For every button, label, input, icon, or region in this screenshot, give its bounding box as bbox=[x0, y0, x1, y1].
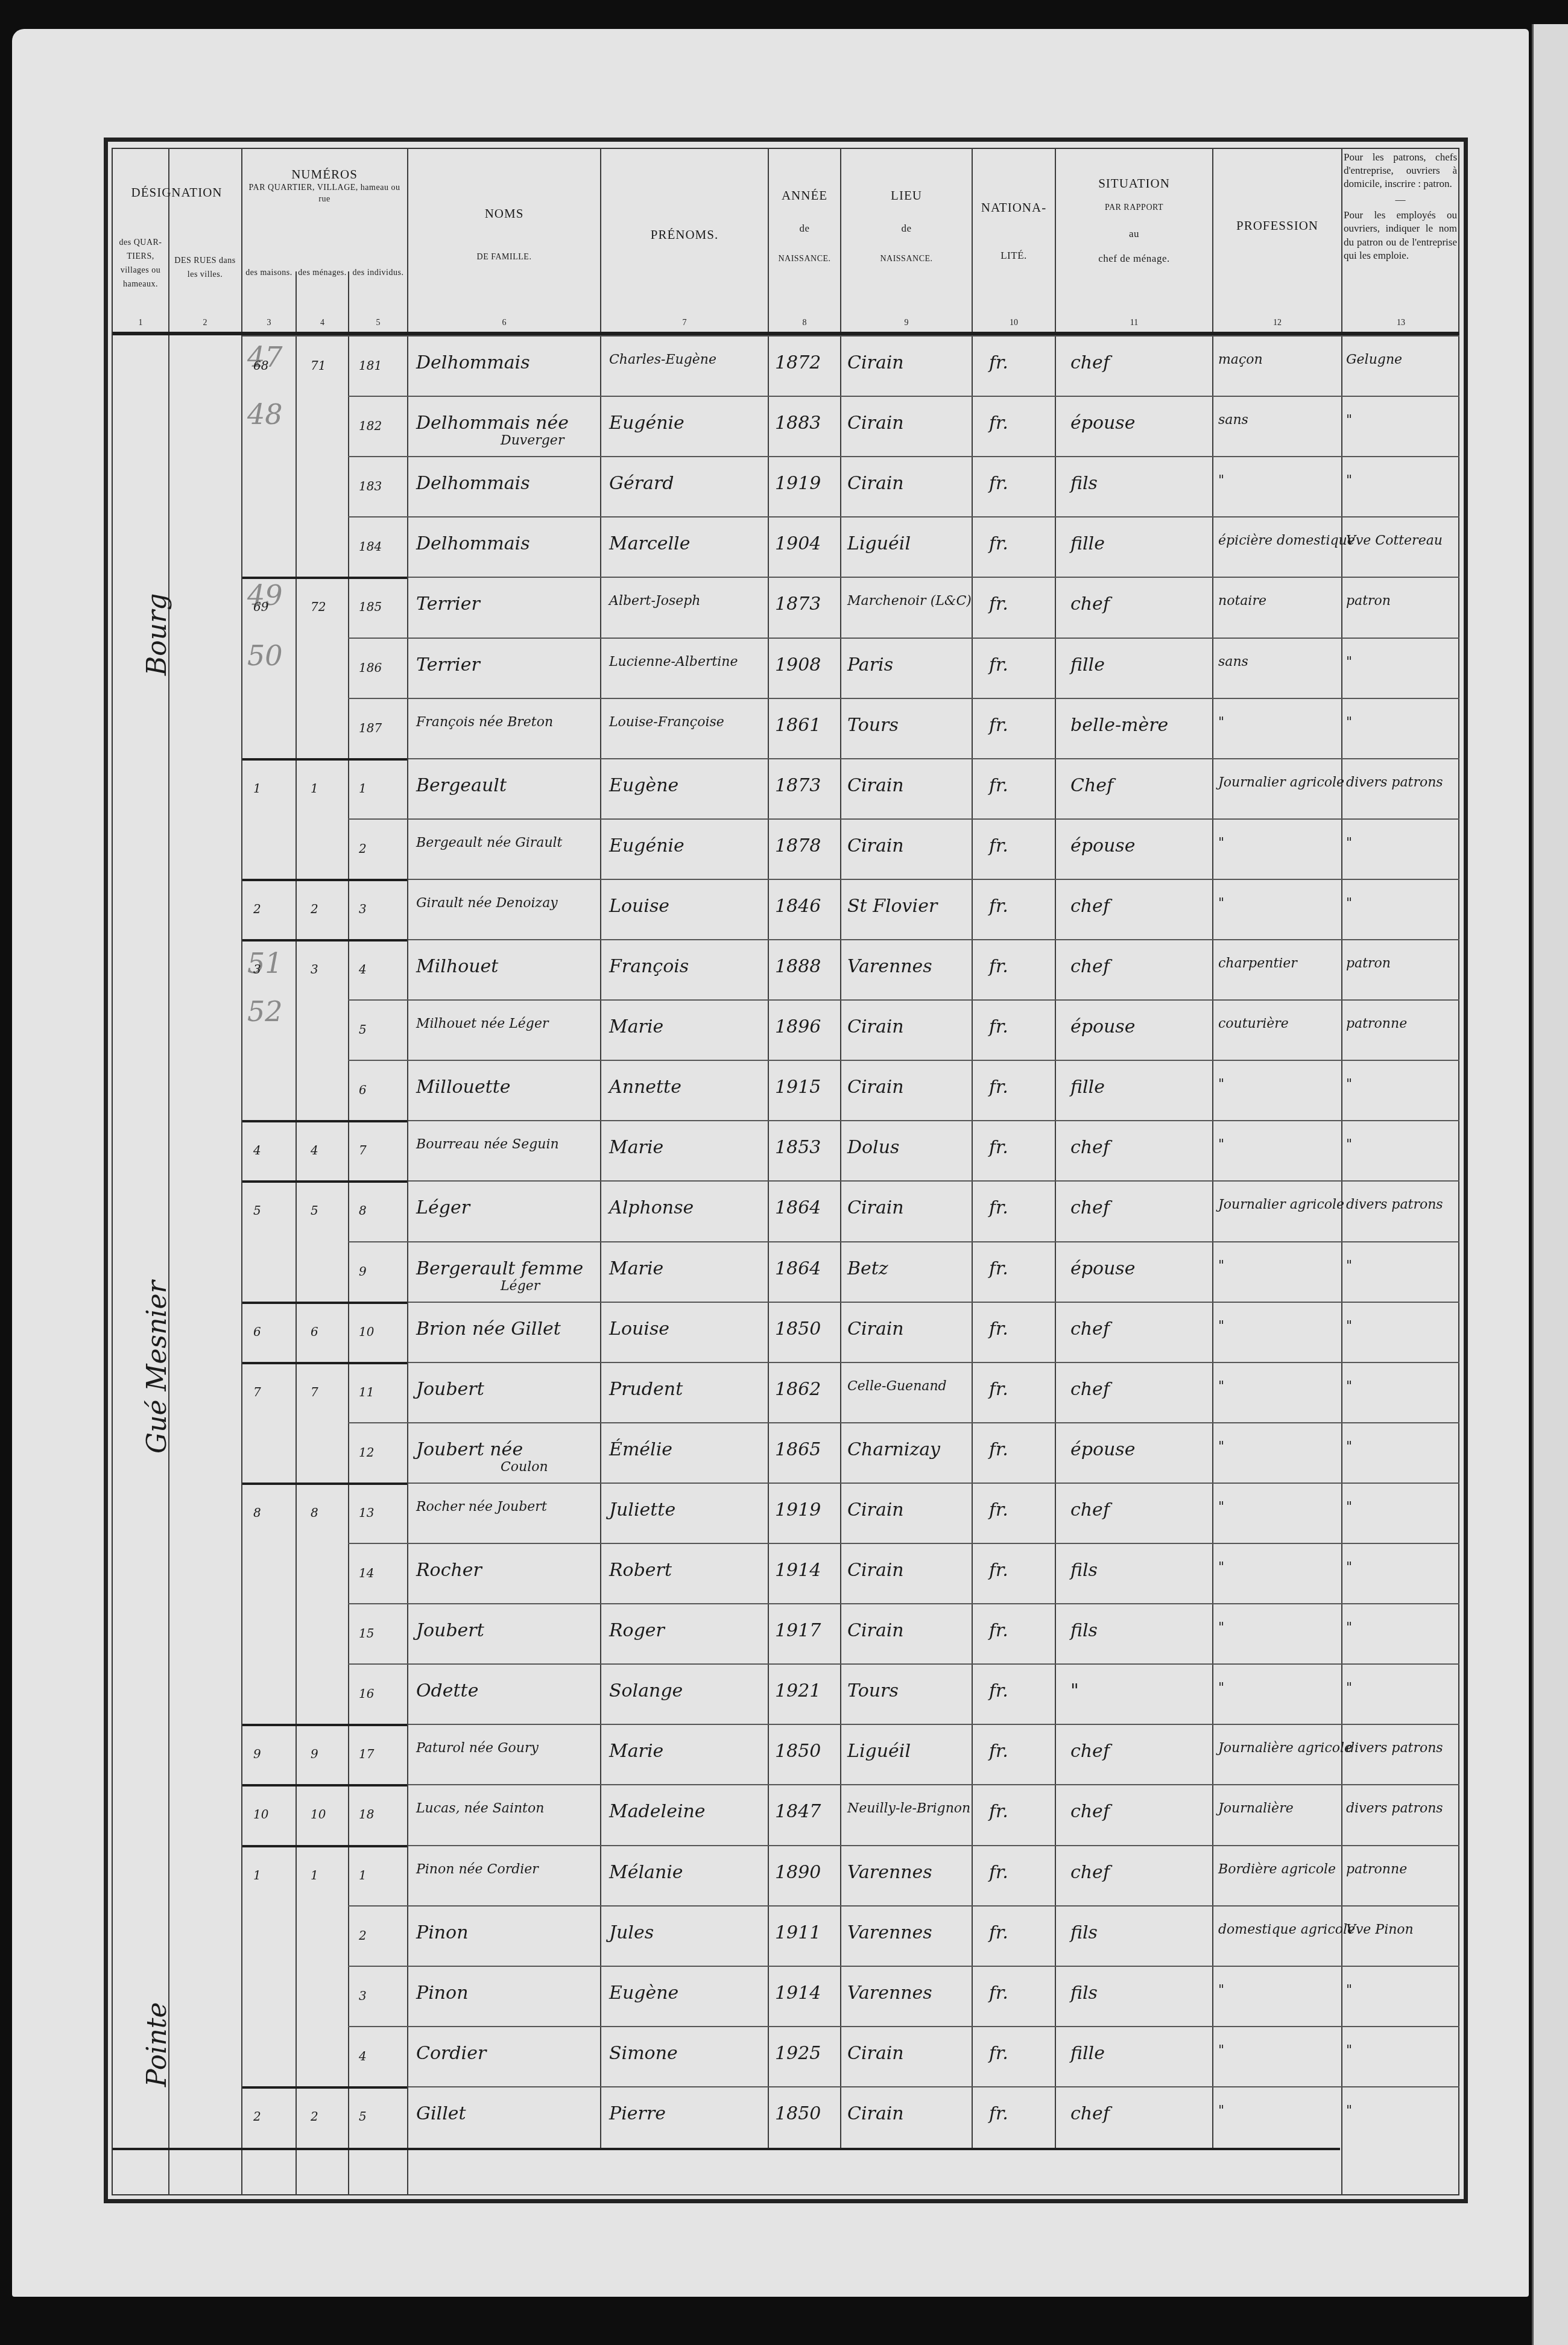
header-situation: SITUATION PAR RAPPORT au chef de ménage. bbox=[1056, 175, 1212, 266]
header-lieu: LIEU de NAISSANCE. bbox=[841, 187, 972, 265]
header-col3: des maisons. bbox=[242, 265, 296, 279]
profession: " bbox=[1218, 1560, 1224, 1575]
house-number: 68 bbox=[253, 358, 268, 373]
employer: " bbox=[1346, 473, 1352, 488]
row-separator bbox=[348, 1966, 1459, 1967]
household-relation: fils bbox=[1070, 1922, 1098, 1943]
header-numeros: NUMÉROS PAR QUARTIER, VILLAGE, hameau ou… bbox=[242, 166, 406, 206]
birth-year: 1850 bbox=[775, 1318, 821, 1340]
row-separator bbox=[348, 516, 1459, 517]
street-label-bourg: Bourg bbox=[142, 593, 172, 676]
household-relation: fille bbox=[1070, 533, 1105, 554]
house-number: 5 bbox=[253, 1203, 261, 1218]
birth-place: Betz bbox=[847, 1258, 888, 1279]
surname: Girault née Denoizay bbox=[416, 896, 558, 911]
birth-year: 1904 bbox=[775, 533, 821, 554]
surname: Delhommais bbox=[416, 473, 530, 494]
first-name: Mélanie bbox=[609, 1862, 683, 1883]
birth-year: 1914 bbox=[775, 1560, 821, 1581]
profession: " bbox=[1218, 1620, 1224, 1635]
header-col2: DES RUES dans les villes. bbox=[169, 253, 241, 281]
first-name: Louise-Françoise bbox=[609, 715, 724, 730]
household-number: 71 bbox=[311, 358, 326, 373]
profession: sans bbox=[1218, 413, 1248, 428]
house-number: 1 bbox=[253, 781, 261, 796]
census-table bbox=[112, 148, 1459, 2195]
employer: " bbox=[1346, 1499, 1352, 1514]
row-separator bbox=[348, 698, 1459, 699]
row-separator bbox=[408, 1724, 1459, 1725]
profession: Journalière agricole bbox=[1218, 1741, 1352, 1756]
profession: Journalier agricole bbox=[1218, 775, 1344, 790]
nationality: fr. bbox=[989, 1318, 1008, 1340]
employer: " bbox=[1346, 1620, 1352, 1635]
nationality: fr. bbox=[989, 2043, 1008, 2064]
col-divider-9 bbox=[972, 148, 973, 2150]
individual-number: 3 bbox=[359, 1989, 367, 2003]
birth-place: Liguéil bbox=[847, 1741, 911, 1762]
row-separator bbox=[408, 1120, 1459, 1121]
individual-number: 13 bbox=[359, 1505, 374, 1520]
row-separator bbox=[408, 577, 1459, 578]
employer: " bbox=[1346, 1077, 1352, 1092]
household-number: 4 bbox=[311, 1143, 318, 1157]
house-number: 2 bbox=[253, 902, 261, 916]
household-number: 9 bbox=[311, 1747, 318, 1761]
individual-number: 9 bbox=[359, 1264, 367, 1279]
header-col4: des ménages. bbox=[297, 265, 348, 279]
profession: " bbox=[1218, 1379, 1224, 1394]
employer: " bbox=[1346, 1137, 1352, 1152]
employer: divers patrons bbox=[1346, 1197, 1443, 1212]
birth-place: Cirain bbox=[847, 1318, 904, 1340]
individual-number: 181 bbox=[359, 358, 382, 373]
birth-place: Cirain bbox=[847, 1499, 904, 1521]
employer: " bbox=[1346, 1439, 1352, 1454]
row-separator bbox=[242, 2086, 407, 2089]
row-separator bbox=[242, 1724, 407, 1726]
employer: " bbox=[1346, 1680, 1352, 1695]
household-relation: chef bbox=[1070, 956, 1110, 977]
birth-year: 1890 bbox=[775, 1862, 821, 1883]
birth-year: 1872 bbox=[775, 352, 821, 373]
birth-place: Varennes bbox=[847, 956, 932, 977]
col-divider-8 bbox=[840, 148, 841, 2150]
employer: " bbox=[1346, 413, 1352, 428]
birth-place: Cirain bbox=[847, 1077, 904, 1098]
individual-number: 5 bbox=[359, 1022, 367, 1037]
surname: Rocher bbox=[416, 1560, 482, 1581]
col-divider-12 bbox=[1341, 148, 1342, 2195]
household-relation: fille bbox=[1070, 1077, 1105, 1098]
first-name: Roger bbox=[609, 1620, 665, 1641]
surname: Joubert bbox=[416, 1620, 484, 1641]
birth-year: 1864 bbox=[775, 1197, 821, 1218]
col-divider-6 bbox=[600, 148, 601, 2150]
first-name: Marie bbox=[609, 1741, 663, 1762]
row-separator bbox=[242, 1120, 407, 1122]
col-divider-10 bbox=[1055, 148, 1056, 2150]
individual-number: 14 bbox=[359, 1566, 374, 1580]
employer: " bbox=[1346, 1379, 1352, 1394]
first-name: Eugène bbox=[609, 1983, 678, 2004]
nationality: fr. bbox=[989, 1862, 1008, 1883]
household-relation: belle-mère bbox=[1070, 715, 1168, 736]
row-separator bbox=[348, 1543, 1459, 1544]
employer: Gelugne bbox=[1346, 352, 1402, 367]
profession: Journalière bbox=[1218, 1801, 1294, 1816]
profession: " bbox=[1218, 1680, 1224, 1695]
col-number-9: 9 bbox=[841, 318, 972, 328]
nationality: fr. bbox=[989, 1439, 1008, 1460]
header-profession: PROFESSION bbox=[1213, 217, 1341, 234]
header-prenoms: PRÉNOMS. bbox=[601, 226, 768, 243]
birth-year: 1846 bbox=[775, 896, 821, 917]
col-divider-7 bbox=[768, 148, 769, 2150]
individual-number: 12 bbox=[359, 1445, 374, 1460]
row-separator bbox=[348, 1060, 1459, 1061]
header-col1: des QUAR-TIERS, villages ou hameaux. bbox=[113, 235, 168, 291]
house-number: 2 bbox=[253, 2109, 261, 2124]
household-relation: chef bbox=[1070, 352, 1110, 373]
col-number-6: 6 bbox=[408, 318, 600, 328]
birth-year: 1865 bbox=[775, 1439, 821, 1460]
employer: " bbox=[1346, 1258, 1352, 1273]
individual-number: 17 bbox=[359, 1747, 374, 1761]
birth-place: Cirain bbox=[847, 352, 904, 373]
profession: " bbox=[1218, 473, 1224, 488]
individual-number: 186 bbox=[359, 660, 382, 675]
birth-place: Cirain bbox=[847, 1016, 904, 1037]
first-name: Marie bbox=[609, 1258, 663, 1279]
nationality: fr. bbox=[989, 1137, 1008, 1158]
birth-year: 1850 bbox=[775, 2103, 821, 2124]
household-relation: fils bbox=[1070, 1620, 1098, 1641]
row-separator bbox=[242, 1845, 407, 1847]
row-separator bbox=[348, 456, 1459, 457]
nationality: fr. bbox=[989, 2103, 1008, 2124]
maiden-name: Léger bbox=[501, 1279, 540, 1294]
house-number: 8 bbox=[253, 1505, 261, 1520]
profession: charpentier bbox=[1218, 956, 1297, 971]
household-relation: fils bbox=[1070, 1560, 1098, 1581]
household-relation: chef bbox=[1070, 1741, 1110, 1762]
individual-number: 7 bbox=[359, 1143, 367, 1157]
surname: Delhommais née bbox=[416, 413, 569, 434]
surname: Bergerault femme bbox=[416, 1258, 583, 1279]
birth-place: Cirain bbox=[847, 473, 904, 494]
profession: " bbox=[1218, 1983, 1224, 1998]
household-number: 2 bbox=[311, 2109, 318, 2124]
header-noms: NOMS DE FAMILLE. bbox=[408, 205, 600, 264]
household-relation: chef bbox=[1070, 1379, 1110, 1400]
profession: domestique agricole bbox=[1218, 1922, 1355, 1937]
birth-year: 1908 bbox=[775, 654, 821, 676]
profession: " bbox=[1218, 1439, 1224, 1454]
household-relation: épouse bbox=[1070, 413, 1136, 434]
household-number: 5 bbox=[311, 1203, 318, 1218]
individual-number: 15 bbox=[359, 1626, 374, 1641]
employer: divers patrons bbox=[1346, 1741, 1443, 1756]
employer: divers patrons bbox=[1346, 775, 1443, 790]
birth-year: 1873 bbox=[775, 775, 821, 796]
birth-year: 1919 bbox=[775, 1499, 821, 1521]
row-separator bbox=[408, 1180, 1459, 1182]
birth-place: Varennes bbox=[847, 1862, 932, 1883]
individual-number: 185 bbox=[359, 600, 382, 614]
individual-number: 6 bbox=[359, 1083, 367, 1097]
surname: Rocher née Joubert bbox=[416, 1499, 547, 1514]
first-name: Annette bbox=[609, 1077, 681, 1098]
row-separator bbox=[408, 1784, 1459, 1785]
surname: Bergeault née Girault bbox=[416, 835, 562, 850]
col-divider-3 bbox=[296, 271, 297, 2195]
nationality: fr. bbox=[989, 775, 1008, 796]
household-number: 8 bbox=[311, 1505, 318, 1520]
birth-year: 1921 bbox=[775, 1680, 821, 1701]
col-number-10: 10 bbox=[973, 318, 1055, 328]
row-separator bbox=[348, 1241, 1459, 1242]
row-separator bbox=[348, 999, 1459, 1001]
first-name: Prudent bbox=[609, 1379, 683, 1400]
birth-place: Neuilly-le-Brignon bbox=[847, 1801, 970, 1816]
row-separator bbox=[242, 879, 407, 881]
household-relation: chef bbox=[1070, 1318, 1110, 1340]
surname: Gillet bbox=[416, 2103, 466, 2124]
surname: Pinon née Cordier bbox=[416, 1862, 539, 1877]
household-relation: épouse bbox=[1070, 1016, 1136, 1037]
household-relation: chef bbox=[1070, 2103, 1110, 2124]
row-separator bbox=[348, 1905, 1459, 1907]
profession: couturière bbox=[1218, 1016, 1289, 1031]
profession: " bbox=[1218, 1137, 1224, 1152]
row-separator bbox=[348, 818, 1459, 820]
nationality: fr. bbox=[989, 896, 1008, 917]
house-number: 9 bbox=[253, 1747, 261, 1761]
individual-number: 16 bbox=[359, 1686, 374, 1701]
row-separator bbox=[348, 396, 1459, 397]
header-annee: ANNÉE de NAISSANCE. bbox=[769, 187, 840, 265]
employer: " bbox=[1346, 1318, 1352, 1334]
birth-place: Cirain bbox=[847, 835, 904, 856]
nationality: fr. bbox=[989, 1680, 1008, 1701]
row-separator bbox=[242, 1362, 407, 1364]
profession: maçon bbox=[1218, 352, 1263, 367]
profession: épicière domestique bbox=[1218, 533, 1355, 548]
profession: " bbox=[1218, 1499, 1224, 1514]
birth-place: Charnizay bbox=[847, 1439, 940, 1460]
row-separator bbox=[408, 758, 1459, 759]
household-relation: épouse bbox=[1070, 1258, 1136, 1279]
house-number: 4 bbox=[253, 1143, 261, 1157]
row-separator bbox=[408, 1483, 1459, 1484]
surname: Bourreau née Seguin bbox=[416, 1137, 559, 1152]
birth-year: 1847 bbox=[775, 1801, 821, 1822]
house-number: 69 bbox=[253, 600, 268, 614]
surname: Bergeault bbox=[416, 775, 507, 796]
row-separator bbox=[348, 1422, 1459, 1423]
employer: " bbox=[1346, 715, 1352, 730]
first-name: Louise bbox=[609, 896, 669, 917]
first-name: Solange bbox=[609, 1680, 683, 1701]
birth-place: Cirain bbox=[847, 1620, 904, 1641]
first-name: Robert bbox=[609, 1560, 672, 1581]
row-separator bbox=[242, 1483, 407, 1485]
col-divider-11 bbox=[1212, 148, 1213, 2150]
row-separator bbox=[348, 1603, 1459, 1604]
employer: patron bbox=[1346, 593, 1391, 609]
surname: Delhommais bbox=[416, 352, 530, 373]
surname: Lucas, née Sainton bbox=[416, 1801, 544, 1816]
first-name: Louise bbox=[609, 1318, 669, 1340]
surname: Terrier bbox=[416, 654, 480, 676]
birth-year: 1861 bbox=[775, 715, 821, 736]
surname: Delhommais bbox=[416, 533, 530, 554]
birth-place: Varennes bbox=[847, 1983, 932, 2004]
header-col13-note: Pour les patrons, chefs d'entreprise, ou… bbox=[1344, 151, 1457, 262]
profession: " bbox=[1218, 1077, 1224, 1092]
nationality: fr. bbox=[989, 352, 1008, 373]
employer: " bbox=[1346, 896, 1352, 911]
nationality: fr. bbox=[989, 1922, 1008, 1943]
household-relation: chef bbox=[1070, 593, 1110, 615]
employer: " bbox=[1346, 1560, 1352, 1575]
birth-year: 1915 bbox=[775, 1077, 821, 1098]
individual-number: 187 bbox=[359, 721, 382, 735]
birth-year: 1873 bbox=[775, 593, 821, 615]
birth-place: Liguéil bbox=[847, 533, 911, 554]
birth-year: 1888 bbox=[775, 956, 821, 977]
surname: Terrier bbox=[416, 593, 480, 615]
row-separator bbox=[242, 758, 407, 761]
profession: " bbox=[1218, 896, 1224, 911]
birth-place: Paris bbox=[847, 654, 893, 676]
household-number: 1 bbox=[311, 781, 318, 796]
header-col5: des individus. bbox=[349, 265, 407, 279]
profession: notaire bbox=[1218, 593, 1266, 609]
surname: Joubert bbox=[416, 1379, 484, 1400]
birth-year: 1878 bbox=[775, 835, 821, 856]
pencil-annotation: 52 bbox=[247, 995, 283, 1028]
household-relation: chef bbox=[1070, 1197, 1110, 1218]
house-number: 3 bbox=[253, 962, 261, 976]
nationality: fr. bbox=[989, 1741, 1008, 1762]
individual-number: 18 bbox=[359, 1807, 374, 1821]
surname: Joubert née bbox=[416, 1439, 523, 1460]
first-name: Alphonse bbox=[609, 1197, 694, 1218]
maiden-name: Duverger bbox=[501, 433, 564, 448]
table-end-rule bbox=[113, 2148, 1340, 2150]
row-separator bbox=[242, 1784, 407, 1786]
row-separator bbox=[242, 577, 407, 579]
household-relation: fille bbox=[1070, 2043, 1105, 2064]
profession: " bbox=[1218, 2103, 1224, 2118]
household-relation: épouse bbox=[1070, 1439, 1136, 1460]
col-divider-4 bbox=[348, 271, 349, 2195]
surname: Pinon bbox=[416, 1983, 468, 2004]
household-relation: chef bbox=[1070, 1499, 1110, 1521]
birth-place: Marchenoir (L&C) bbox=[847, 593, 972, 609]
household-relation: fille bbox=[1070, 654, 1105, 676]
individual-number: 184 bbox=[359, 539, 382, 554]
nationality: fr. bbox=[989, 1499, 1008, 1521]
individual-number: 1 bbox=[359, 781, 367, 796]
individual-number: 4 bbox=[359, 962, 367, 976]
col-number-7: 7 bbox=[601, 318, 768, 328]
header-nationalite: NATIONA- LITÉ. bbox=[973, 199, 1055, 263]
surname: Léger bbox=[416, 1197, 470, 1218]
col-number-13: 13 bbox=[1342, 318, 1459, 328]
individual-number: 8 bbox=[359, 1203, 367, 1218]
col-number-12: 12 bbox=[1213, 318, 1341, 328]
birth-year: 1883 bbox=[775, 413, 821, 434]
house-number: 10 bbox=[253, 1807, 268, 1821]
birth-place: Celle-Guenand bbox=[847, 1379, 947, 1394]
first-name: François bbox=[609, 956, 689, 977]
nationality: fr. bbox=[989, 1077, 1008, 1098]
row-separator bbox=[242, 939, 407, 941]
profession: " bbox=[1218, 1258, 1224, 1273]
individual-number: 183 bbox=[359, 479, 382, 493]
house-number: 7 bbox=[253, 1385, 261, 1399]
pencil-annotation: 50 bbox=[247, 639, 283, 672]
individual-number: 4 bbox=[359, 2049, 367, 2063]
employer: Vve Pinon bbox=[1346, 1922, 1414, 1937]
row-separator bbox=[408, 1845, 1459, 1846]
employer: Vve Cottereau bbox=[1346, 533, 1443, 548]
row-separator bbox=[242, 1302, 407, 1304]
row-separator bbox=[348, 638, 1459, 639]
row-separator bbox=[408, 939, 1459, 940]
individual-number: 11 bbox=[359, 1385, 374, 1399]
household-relation: chef bbox=[1070, 1862, 1110, 1883]
nationality: fr. bbox=[989, 1983, 1008, 2004]
nationality: fr. bbox=[989, 413, 1008, 434]
row-separator bbox=[408, 1302, 1459, 1303]
surname: Pinon bbox=[416, 1922, 468, 1943]
first-name: Jules bbox=[609, 1922, 654, 1943]
household-number: 6 bbox=[311, 1324, 318, 1339]
col-number-8: 8 bbox=[769, 318, 840, 328]
col-number-5: 5 bbox=[349, 318, 407, 328]
first-name: Eugénie bbox=[609, 835, 684, 856]
profession: sans bbox=[1218, 654, 1248, 669]
household-relation: épouse bbox=[1070, 835, 1136, 856]
employer: patronne bbox=[1346, 1016, 1407, 1031]
employer: patron bbox=[1346, 956, 1391, 971]
household-relation: chef bbox=[1070, 1801, 1110, 1822]
first-name: Eugène bbox=[609, 775, 678, 796]
birth-place: Cirain bbox=[847, 2103, 904, 2124]
col-divider-1 bbox=[168, 148, 169, 2195]
employer: " bbox=[1346, 2043, 1352, 2058]
first-name: Marcelle bbox=[609, 533, 690, 554]
nationality: fr. bbox=[989, 1801, 1008, 1822]
surname: Cordier bbox=[416, 2043, 486, 2064]
profession: " bbox=[1218, 2043, 1224, 2058]
maiden-name: Coulon bbox=[501, 1460, 548, 1475]
surname: Paturol née Goury bbox=[416, 1741, 539, 1756]
birth-year: 1896 bbox=[775, 1016, 821, 1037]
first-name: Simone bbox=[609, 2043, 678, 2064]
nationality: fr. bbox=[989, 956, 1008, 977]
nationality: fr. bbox=[989, 473, 1008, 494]
col-number-3: 3 bbox=[242, 318, 296, 328]
header-designation: DÉSIGNATION bbox=[113, 184, 241, 201]
profession: Journalier agricole bbox=[1218, 1197, 1344, 1212]
birth-place: Cirain bbox=[847, 1560, 904, 1581]
first-name: Charles-Eugène bbox=[609, 352, 716, 367]
